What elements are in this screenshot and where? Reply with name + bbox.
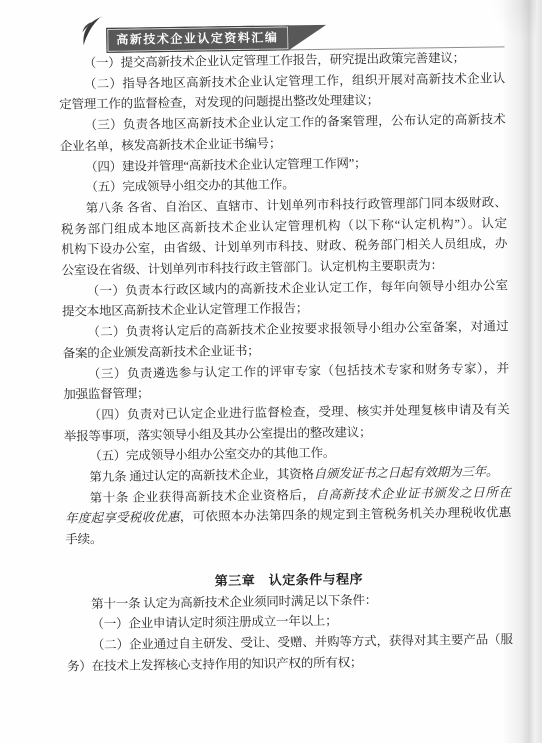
header-banner-title: 高新技术企业认定资料汇编 — [106, 25, 289, 53]
scanned-book-page: 高新技术企业认定资料汇编 （一）提交高新技术企业认定管理工作报告，研究提出政策完… — [0, 0, 542, 743]
header-banner-row: 高新技术企业认定资料汇编 — [106, 10, 504, 53]
banner-swoosh-tail — [288, 25, 326, 51]
page-header: 高新技术企业认定资料汇编 — [58, 10, 504, 51]
leaf-logo-icon — [80, 16, 104, 46]
page-content: 高新技术企业认定资料汇编 （一）提交高新技术企业认定管理工作报告，研究提出政策完… — [58, 10, 513, 677]
document-body: （一）提交高新技术企业认定管理工作报告，研究提出政策完善建议；（二）指导各地区高… — [59, 47, 514, 677]
